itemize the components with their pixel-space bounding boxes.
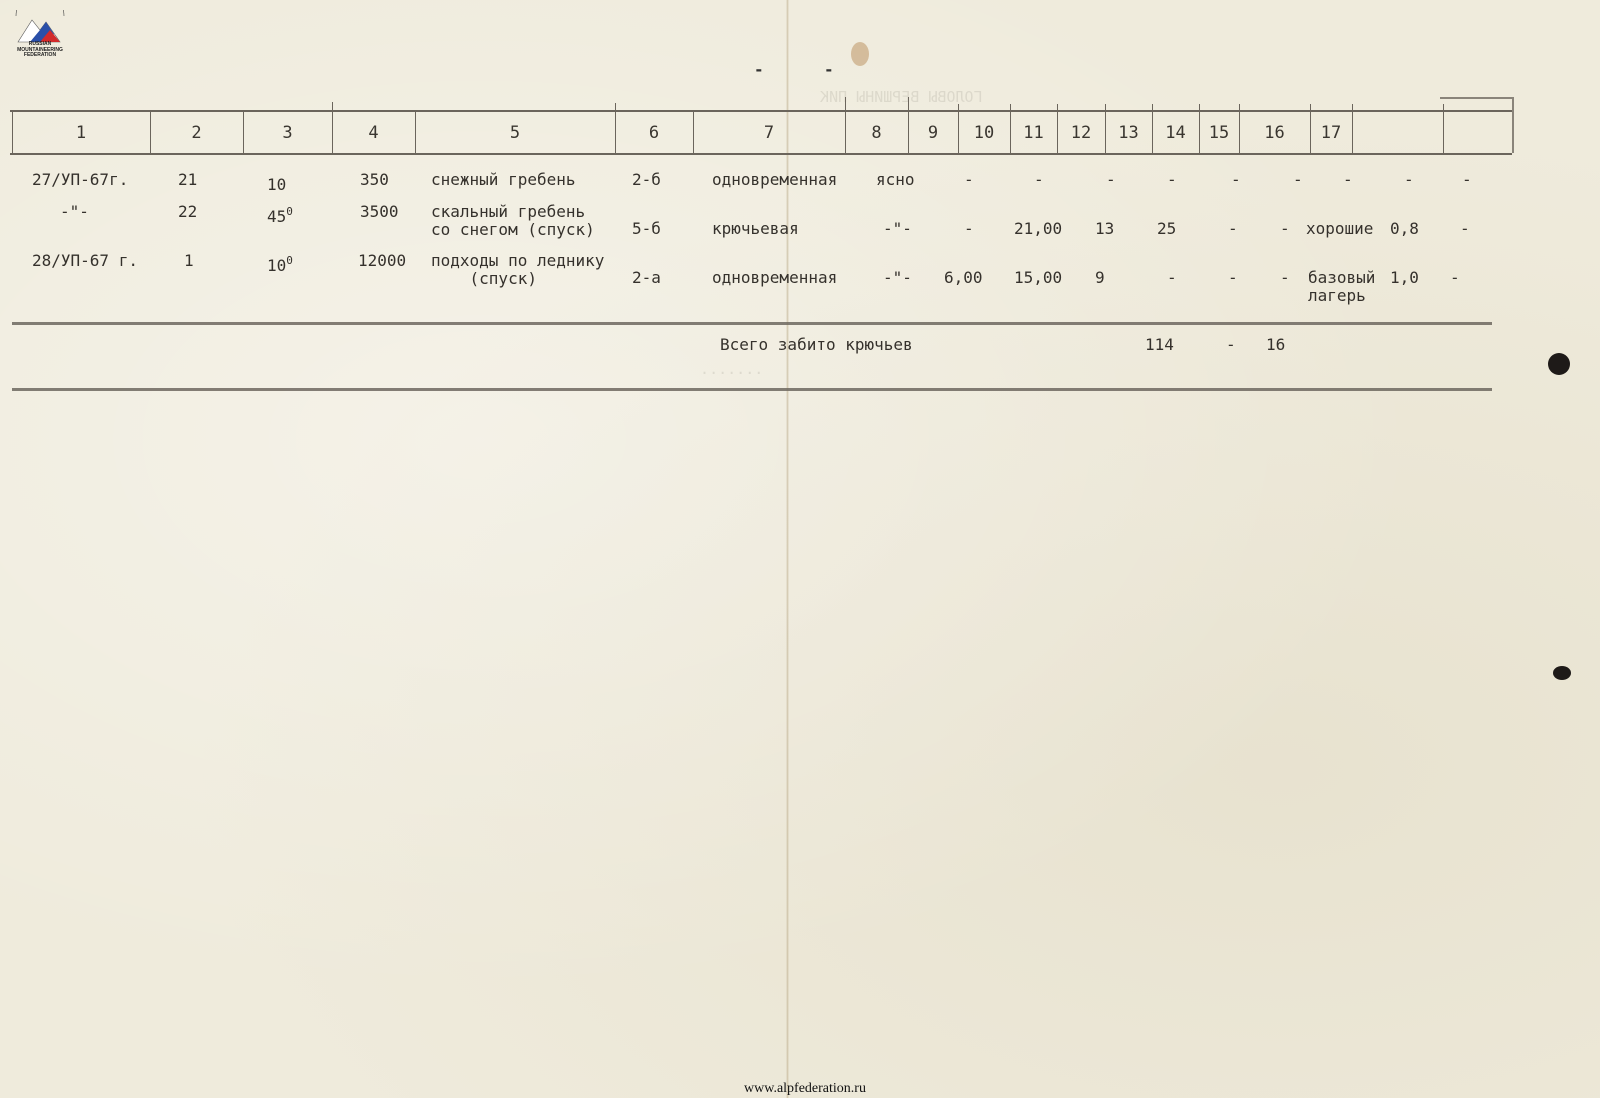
cell-c17: - <box>1460 220 1470 238</box>
cell-c10: 15,00 <box>1014 269 1062 287</box>
cell-method: крючьевая <box>712 220 799 238</box>
cell-method: одновременная <box>712 269 837 287</box>
cell-c12: - <box>1167 269 1177 287</box>
page-fold <box>786 0 789 1098</box>
total-c13: - <box>1226 336 1236 354</box>
col-header-17: 17 <box>1310 118 1352 148</box>
cell-c9: 6,00 <box>944 269 983 287</box>
total-bottom-rule <box>12 388 1492 391</box>
col-header-14: 14 <box>1152 118 1199 148</box>
cell-c9: - <box>964 171 974 189</box>
cell-section: 1 <box>184 252 194 270</box>
cell-steepness: 10 <box>267 171 286 194</box>
col-header-6: 6 <box>615 118 693 148</box>
cell-c17: - <box>1462 171 1472 189</box>
cell-c11: - <box>1106 171 1116 189</box>
cell-date: 27/УП-67г. <box>32 171 128 189</box>
cell-terrain: снежный гребень <box>431 171 576 189</box>
cell-difficulty: 5-б <box>632 220 661 238</box>
cell-c16: 0,8 <box>1390 220 1419 238</box>
cell-c12: 25 <box>1157 220 1176 238</box>
cell-weather: ясно <box>876 171 915 189</box>
col-header-13: 13 <box>1105 118 1152 148</box>
cell-c10: 21,00 <box>1014 220 1062 238</box>
punch-hole <box>1548 353 1570 375</box>
cell-steepness-value: 10 <box>267 175 286 194</box>
cell-length: 12000 <box>358 252 406 270</box>
punch-hole <box>1553 666 1571 680</box>
total-c12: 114 <box>1145 336 1174 354</box>
header-extension <box>1512 97 1514 153</box>
col-divider <box>1352 104 1353 154</box>
degree-sup: 0 <box>286 205 293 218</box>
cell-c14: - <box>1280 269 1290 287</box>
col-header-3: 3 <box>243 118 332 148</box>
cell-c17: - <box>1450 269 1460 287</box>
cell-c13: - <box>1228 220 1238 238</box>
cell-length: 350 <box>360 171 389 189</box>
cell-c10: - <box>1034 171 1044 189</box>
cell-terrain: скальный гребень со снегом (спуск) <box>431 203 595 239</box>
cell-steepness: 450 <box>267 203 293 226</box>
cell-date: 28/УП-67 г. <box>32 252 138 270</box>
cell-c16: 1,0 <box>1390 269 1419 287</box>
col-header-5: 5 <box>415 118 615 148</box>
cell-c13: - <box>1231 171 1241 189</box>
cell-section: 22 <box>178 203 197 221</box>
cell-steepness-value: 45 <box>267 207 286 226</box>
cell-terrain: подходы по леднику (спуск) <box>431 252 604 288</box>
total-top-rule <box>12 322 1492 325</box>
cell-section: 21 <box>178 171 197 189</box>
cell-c16: - <box>1404 171 1414 189</box>
cell-c15: хорошие <box>1306 220 1373 238</box>
page-mark: - <box>824 60 834 79</box>
cell-c12: - <box>1167 171 1177 189</box>
header-extension <box>1440 97 1512 99</box>
cell-c11: 13 <box>1095 220 1114 238</box>
col-header-10: 10 <box>958 118 1010 148</box>
col-header-11: 11 <box>1010 118 1057 148</box>
col-header-8: 8 <box>845 118 908 148</box>
col-header-4: 4 <box>332 118 415 148</box>
cell-c11: 9 <box>1095 269 1105 287</box>
header-bottom-rule <box>10 153 1512 155</box>
total-label: Всего забито крючьев <box>720 336 913 354</box>
cell-c13: - <box>1228 269 1238 287</box>
cell-weather: -"- <box>883 269 912 287</box>
col-header-9: 9 <box>908 118 958 148</box>
col-header-2: 2 <box>150 118 243 148</box>
degree-sup: 0 <box>286 254 293 267</box>
cell-c9: - <box>964 220 974 238</box>
col-divider <box>1443 104 1444 154</box>
cell-difficulty: 2-а <box>632 269 661 287</box>
cell-c14: - <box>1293 171 1303 189</box>
col-header-7: 7 <box>693 118 845 148</box>
cell-weather: -"- <box>883 220 912 238</box>
cell-method: одновременная <box>712 171 837 189</box>
cell-difficulty: 2-б <box>632 171 661 189</box>
page-mark: - <box>754 60 764 79</box>
col-header-12: 12 <box>1057 118 1105 148</box>
cell-c14: - <box>1280 220 1290 238</box>
col-header-15: 15 <box>1199 118 1239 148</box>
cell-length: 3500 <box>360 203 399 221</box>
cell-date: -"- <box>60 203 89 221</box>
col-header-1: 1 <box>12 118 150 148</box>
cell-steepness-value: 10 <box>267 256 286 275</box>
cell-c15: - <box>1343 171 1353 189</box>
footer-website[interactable]: www.alpfederation.ru <box>735 1081 875 1097</box>
bleed-through-text: ....... <box>700 360 763 378</box>
cell-steepness: 100 <box>267 252 293 275</box>
logo-text: RUSSIAN MOUNTAINEERING FEDERATION <box>10 42 70 59</box>
header-top-rule <box>10 110 1512 112</box>
col-header-16: 16 <box>1239 118 1310 148</box>
total-c14: 16 <box>1266 336 1285 354</box>
cell-c15: базовый лагерь <box>1308 269 1375 305</box>
logo-line: FEDERATION <box>10 53 70 59</box>
stain <box>851 42 869 66</box>
